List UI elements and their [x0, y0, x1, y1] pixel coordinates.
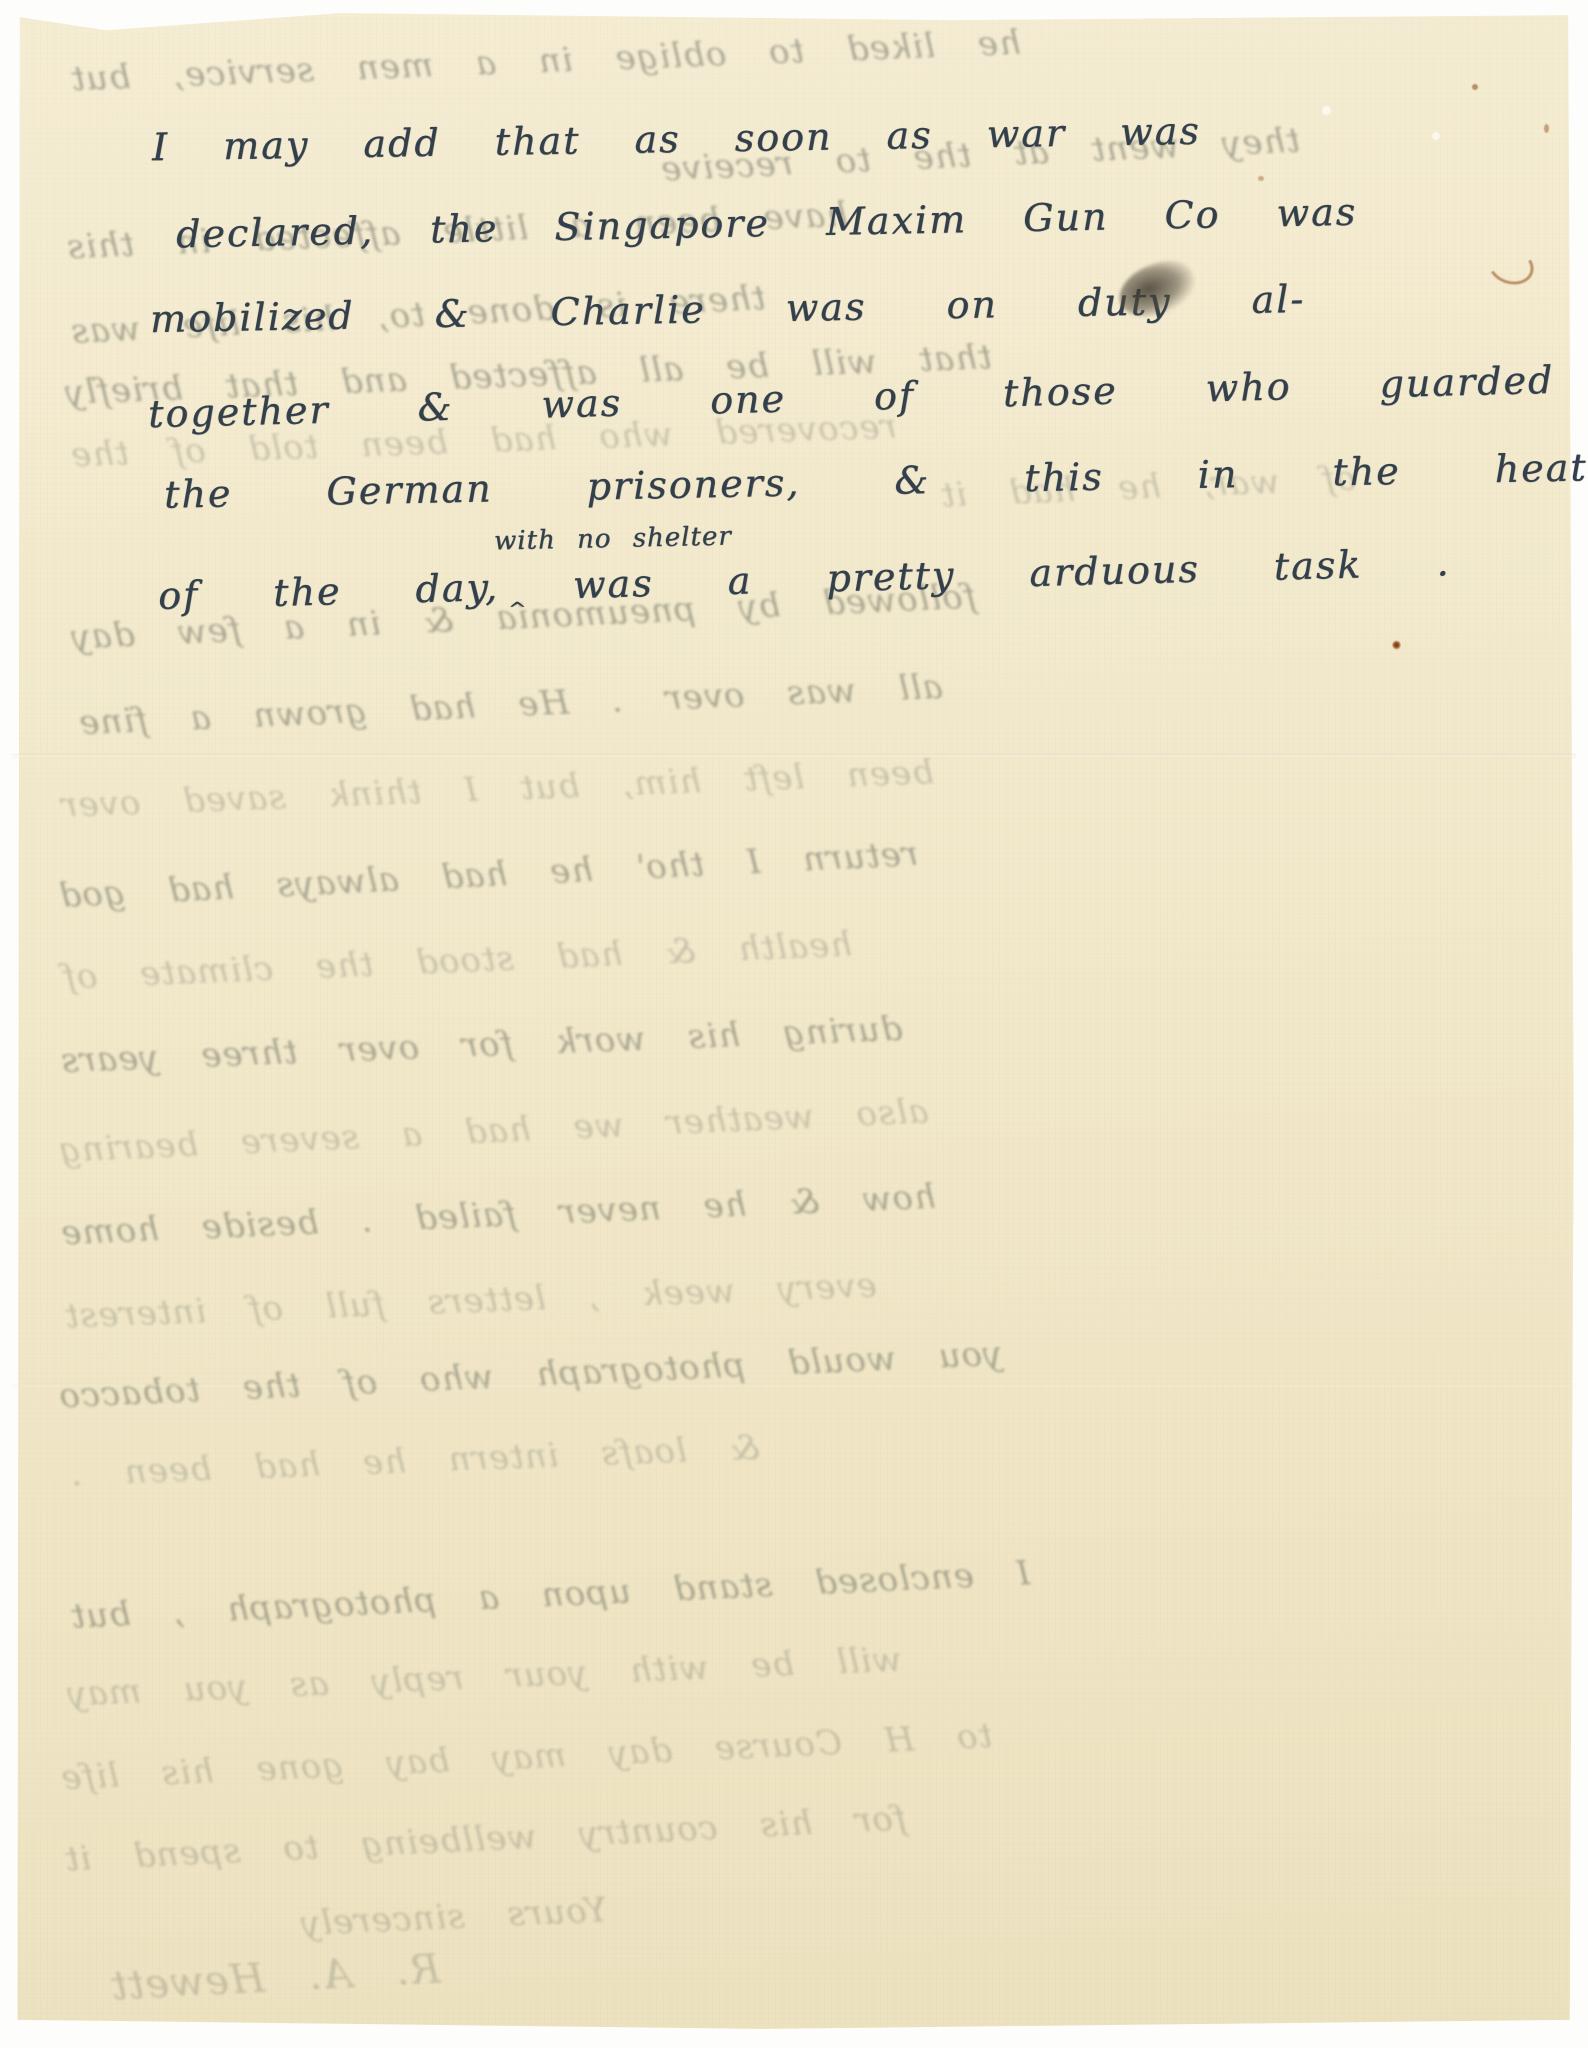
letter-line-2: declared, the Singapore Maxim Gun Co was [176, 193, 1358, 256]
bleedthrough-line: also weather we had a severe bearing [58, 1094, 930, 1167]
bleedthrough-line: every week , letters full of interest [64, 1268, 878, 1333]
bleedthrough-line: R. A. Hewett [109, 1949, 441, 2006]
bleedthrough-line: health & had stood the climate of [62, 927, 853, 994]
bleedthrough-line: how & he never failed . beside home [60, 1180, 937, 1251]
foxing-spot [1258, 176, 1264, 181]
bleedthrough-line: I enclosed stand upon a photograph , but [70, 1556, 1031, 1634]
scanned-letter: he liked to oblige in a men service, but… [0, 0, 1588, 2048]
foxing-spot [1392, 640, 1401, 650]
bleedthrough-line: Yours sincerely [299, 1893, 607, 1941]
bleedthrough-line: return I tho' he had always had god [58, 837, 919, 913]
pinhole [1322, 106, 1331, 115]
bleedthrough-line: during his work for over three years [60, 1012, 903, 1078]
bleedthrough-line: all was over . He had grown a fine [78, 670, 944, 740]
interline-insertion: with no shelter [494, 524, 732, 556]
bleedthrough-line: been left him, but I think saved over [60, 755, 935, 823]
fold-crease [12, 1384, 1576, 1387]
foxing-spot [1472, 84, 1478, 90]
pinhole [1432, 132, 1440, 140]
bleedthrough-line: he liked to oblige in a men service, but [70, 26, 1022, 96]
foxing-spot [1544, 124, 1549, 133]
fold-crease [12, 754, 1576, 758]
foxing-ring-stain [1484, 242, 1539, 290]
page-content: he liked to oblige in a men service, but… [0, 0, 1588, 2048]
bleedthrough-line: for his country wellbeing to spend it [64, 1801, 908, 1876]
bleedthrough-line: to H Course day may bay gone his life [60, 1719, 993, 1795]
bleedthrough-line: & loafs intern he had been . [70, 1431, 761, 1491]
bleedthrough-line: you would photograph who of the tobacco [58, 1337, 1003, 1414]
bleedthrough-line: will be with your reply as you may [66, 1643, 903, 1712]
